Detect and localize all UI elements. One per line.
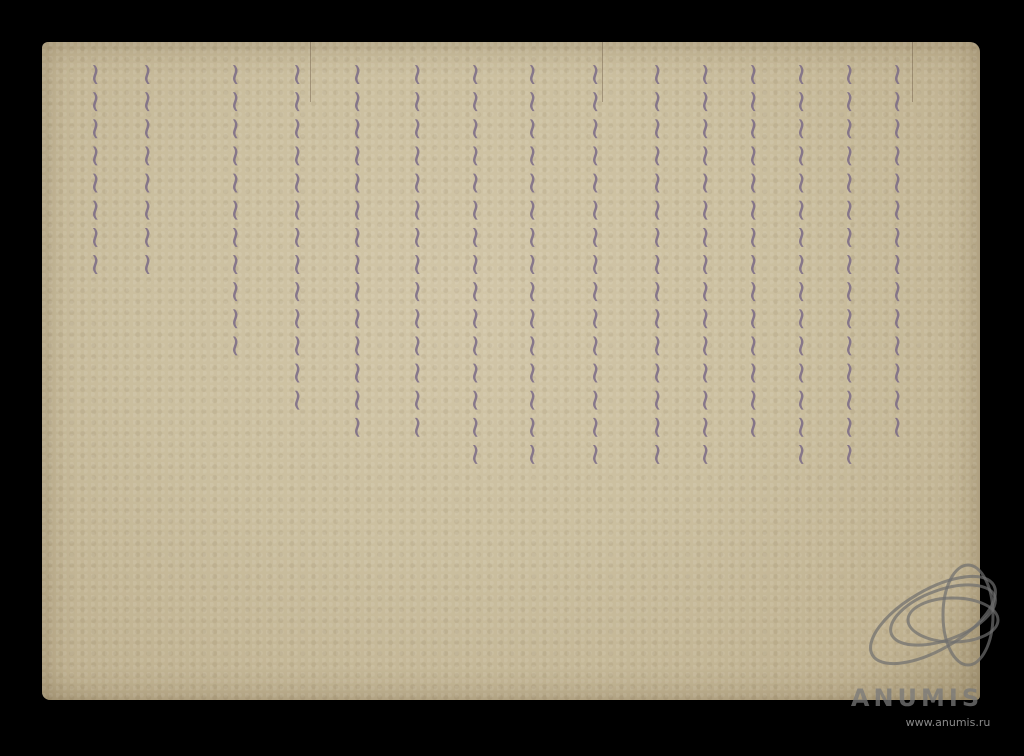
handwriting-column: ~~~~~~~~~~~~~~~ (784, 62, 819, 700)
handwriting-column: ~~~~~~~~~~~~~~ (736, 62, 771, 700)
handwriting-column: ~~~~~~~~~~~~~ (280, 62, 315, 700)
handwriting-column: ~~~~~~~~~~~~~~~ (688, 62, 723, 700)
handwriting-column: ~~~~~~~~ (130, 62, 165, 700)
watermark-url: www.anumis.ru (878, 716, 1018, 729)
handwriting-column: ~~~~~~~~ (78, 62, 113, 700)
handwriting-column: ~~~~~~~~~~~~~~~ (515, 62, 550, 700)
handwriting-column: ~~~~~~~~~~~~~~~ (458, 62, 493, 700)
handwriting-column: ~~~~~~~~~~~~~~~ (640, 62, 675, 700)
handwriting-column: ~~~~~~~~~~~~~~ (340, 62, 375, 700)
handwriting-column: ~~~~~~~~~~~~~~~ (578, 62, 613, 700)
postcard: ~~~~~~~~~~~~~~~~~~~~~~~~~~~~~~~~~~~~~~~~… (42, 42, 980, 700)
watermark-brand: ANUMIS (832, 684, 1002, 712)
anumis-logo-icon (858, 560, 1008, 680)
handwriting-column: ~~~~~~~~~~~ (218, 62, 253, 700)
handwriting-column: ~~~~~~~~~~~~~~ (400, 62, 435, 700)
